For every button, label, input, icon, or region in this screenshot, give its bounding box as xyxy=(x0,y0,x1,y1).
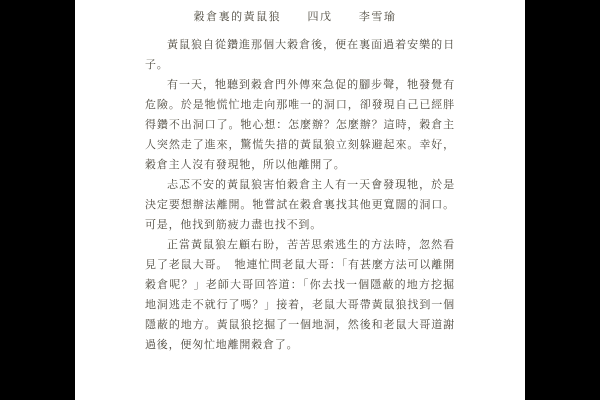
letterbox-background: 穀倉裏的黃鼠狼四戊李雪瑜 黃鼠狼自從鑽進那個大穀倉後，便在裏面過着安樂的日子。 … xyxy=(0,0,600,400)
document-title-row: 穀倉裏的黃鼠狼四戊李雪瑜 xyxy=(140,8,450,26)
document-title: 穀倉裏的黃鼠狼 xyxy=(194,11,282,23)
document-page: 穀倉裏的黃鼠狼四戊李雪瑜 黃鼠狼自從鑽進那個大穀倉後，便在裏面過着安樂的日子。 … xyxy=(75,0,525,400)
story-paragraph-1: 黃鼠狼自從鑽進那個大穀倉後，便在裏面過着安樂的日子。 xyxy=(145,35,455,75)
story-paragraph-2: 有一天，牠聽到穀倉門外傳來急促的腳步聲，牠發覺有危險。於是牠慌忙地走向那唯一的洞… xyxy=(145,75,455,175)
author-name: 李雪瑜 xyxy=(359,8,397,26)
class-name: 四戊 xyxy=(308,8,333,26)
story-paragraph-3: 忐忑不安的黃鼠狼害怕穀倉主人有一天會發現牠，於是決定要想辦法離開。牠嘗試在穀倉裏… xyxy=(145,175,455,235)
story-paragraph-4: 正當黃鼠狼左顧右盼，苦苦思索逃生的方法時，忽然看見了老鼠大哥。 牠連忙問老鼠大哥… xyxy=(145,235,455,355)
